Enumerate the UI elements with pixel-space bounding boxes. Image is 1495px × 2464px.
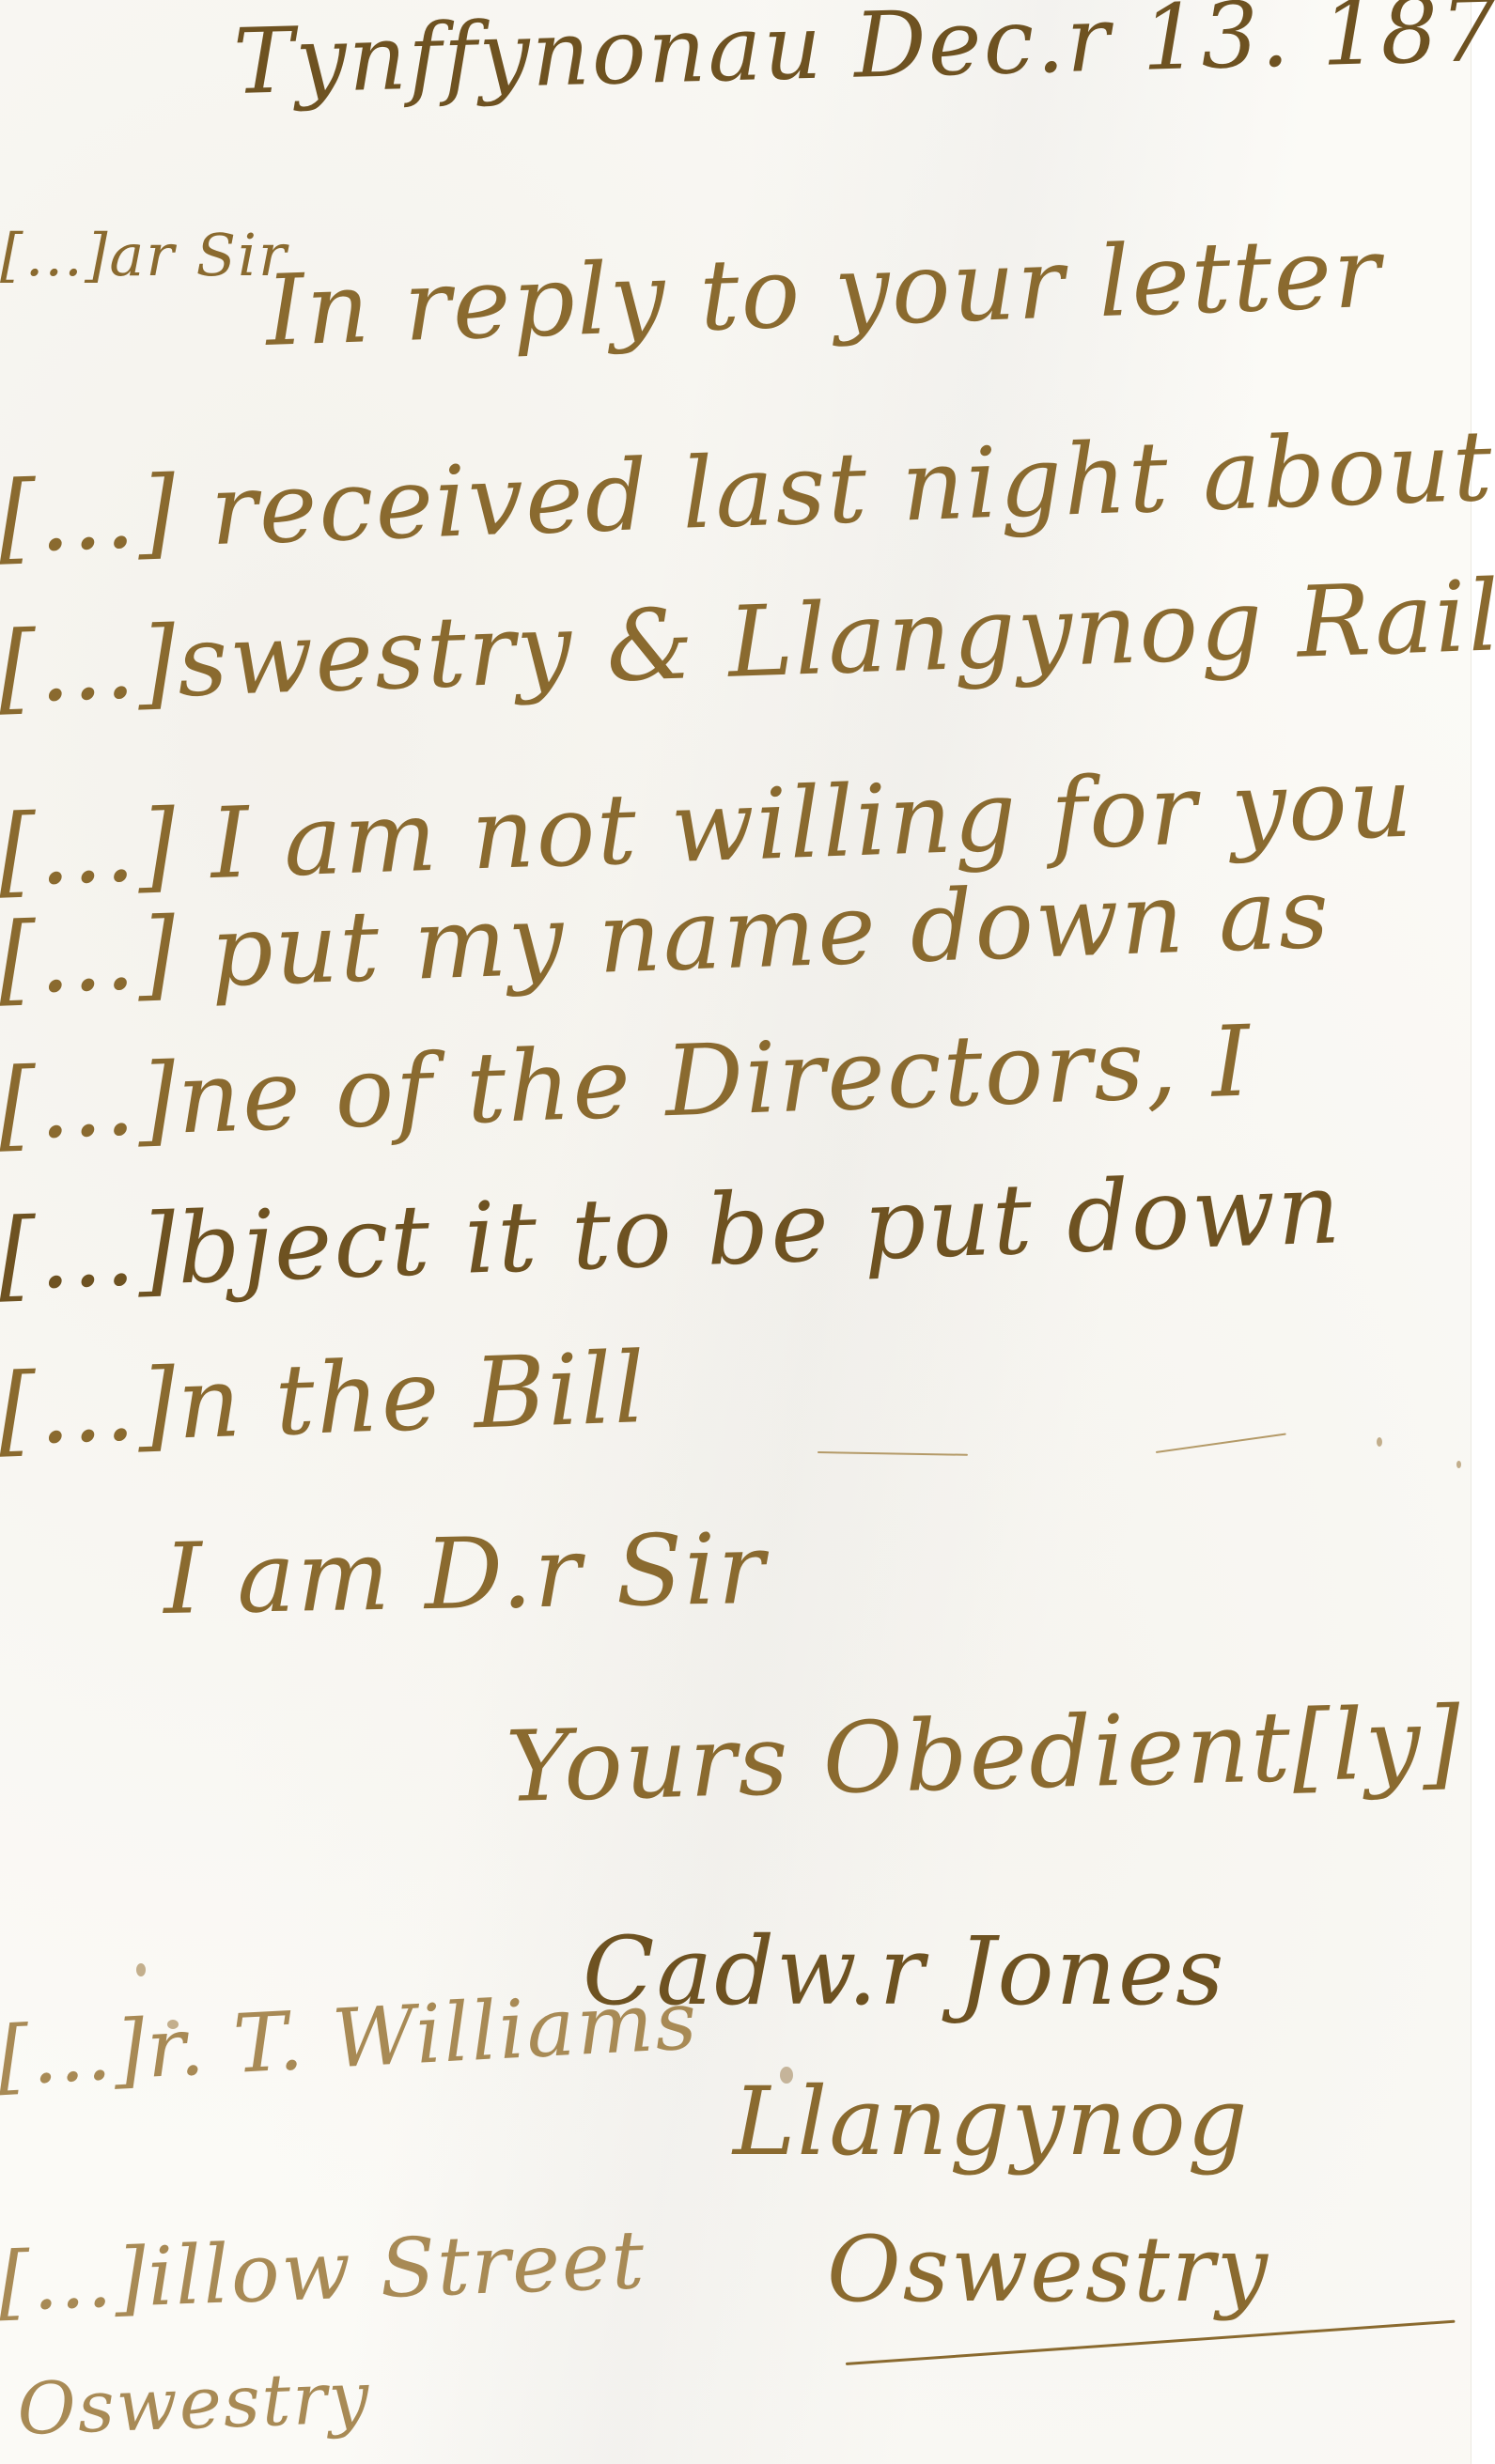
valediction: Yours Obedient[ly] bbox=[505, 1684, 1464, 1824]
addressee-street: […]illow Street bbox=[0, 2213, 647, 2330]
pen-flourish bbox=[1156, 1433, 1286, 1453]
body-line: […]ne of the Directors, I bbox=[0, 1003, 1254, 1162]
sender-address-line: Oswestry bbox=[827, 2217, 1269, 2322]
body-line: In reply to your letter bbox=[264, 215, 1384, 368]
letter-paper: Tynffynonau Dec.r 13. 1872. […]ar Sir In… bbox=[0, 0, 1472, 2464]
sender-address-line: Llangynog bbox=[733, 2067, 1250, 2177]
body-line: […] received last night about bbox=[0, 408, 1495, 575]
body-line: […]bject it to be put down bbox=[0, 1151, 1344, 1312]
addressee-name: […]r. T. Williams bbox=[0, 1974, 701, 2104]
ink-spot bbox=[1456, 1461, 1461, 1468]
ink-spot bbox=[136, 1963, 146, 1976]
ink-spot bbox=[167, 2020, 179, 2029]
closing-phrase: I am D.r Sir bbox=[163, 1511, 768, 1636]
letter-salutation: […]ar Sir bbox=[0, 221, 288, 289]
addressee-town: Oswestry bbox=[16, 2355, 372, 2451]
body-line: […]swestry & Llangynog Railway, bbox=[0, 550, 1495, 725]
signature-underline bbox=[846, 2320, 1456, 2365]
body-line: […]n the Bill bbox=[0, 1330, 648, 1467]
pen-flourish bbox=[818, 1451, 968, 1456]
ink-spot bbox=[1377, 1437, 1382, 1447]
ink-stain bbox=[780, 2067, 793, 2084]
letter-place-date: Tynffynonau Dec.r 13. 1872. bbox=[232, 0, 1495, 115]
